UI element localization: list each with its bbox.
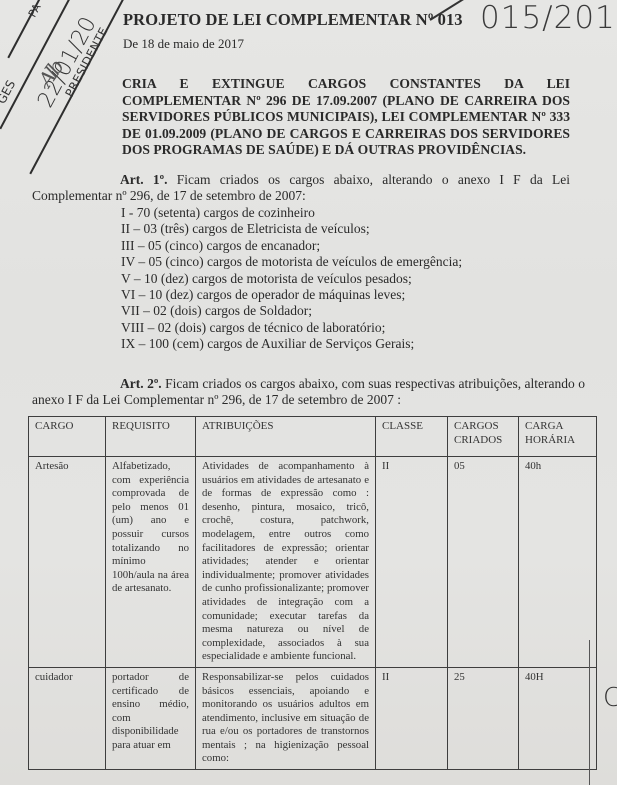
article-2-label: Art. 2º. <box>120 376 162 391</box>
article-1-label: Art. 1º. <box>120 172 167 187</box>
cell-cargo: Artesão <box>29 457 106 668</box>
article-2: Art. 2º. Ficam criados os cargos abaixo,… <box>32 376 585 408</box>
list-item: III – 05 (cinco) cargos de encanador; <box>121 238 462 254</box>
list-item: I - 70 (setenta) cargos de cozinheiro <box>121 205 462 221</box>
header-cargo: CARGO <box>29 417 106 457</box>
header-requisito: REQUISITO <box>106 417 196 457</box>
handwritten-bill-number: 015/2017 <box>480 0 617 36</box>
cell-carga-horaria: 40h <box>519 457 597 668</box>
article-1: Art. 1º. Ficam criados os cargos abaixo,… <box>32 172 570 204</box>
list-item: V – 10 (dez) cargos de motorista de veíc… <box>121 271 462 287</box>
article-1-items: I - 70 (setenta) cargos de cozinheiro II… <box>121 205 462 353</box>
cell-classe: II <box>376 667 448 769</box>
cell-cargos-criados: 05 <box>448 457 519 668</box>
header-classe: CLASSE <box>376 417 448 457</box>
article-2-text: Ficam criados os cargos abaixo, com suas… <box>32 376 585 407</box>
cell-cargo: cuidador <box>29 667 106 769</box>
cell-requisito: Alfabetizado, com experiência comprovada… <box>106 457 196 668</box>
stamp-left-text: GES <box>0 78 18 106</box>
table-row: Artesão Alfabetizado, com experiência co… <box>29 457 597 668</box>
title-prefix: PROJETO DE LEI COMPLEMENTAR Nº <box>123 10 438 29</box>
title-struck-number: 013 <box>438 10 463 30</box>
header-atribuicoes: ATRIBUIÇÕES <box>196 417 376 457</box>
document-date: De 18 de maio de 2017 <box>123 36 244 52</box>
header-carga-horaria: CARGA HORÁRIA <box>519 417 597 457</box>
list-item: VII – 02 (dois) cargos de Soldador; <box>121 303 462 319</box>
document-title: PROJETO DE LEI COMPLEMENTAR Nº 013 <box>123 10 463 30</box>
margin-line <box>589 640 590 785</box>
cell-classe: II <box>376 457 448 668</box>
margin-handwriting: C <box>603 683 617 713</box>
header-cargos-criados: CARGOS CRIADOS <box>448 417 519 457</box>
list-item: VI – 10 (dez) cargos de operador de máqu… <box>121 287 462 303</box>
list-item: II – 03 (três) cargos de Eletricista de … <box>121 221 462 237</box>
list-item: IX – 100 (cem) cargos de Auxiliar de Ser… <box>121 336 462 352</box>
article-1-text: Ficam criados os cargos abaixo, alterand… <box>32 172 570 203</box>
list-item: VIII – 02 (dois) cargos de técnico de la… <box>121 320 462 336</box>
cell-cargos-criados: 25 <box>448 667 519 769</box>
list-item: IV – 05 (cinco) cargos de motorista de v… <box>121 254 462 270</box>
cell-atribuicoes: Responsabilizar-se pelos cuidados básico… <box>196 667 376 769</box>
document-summary: CRIA E EXTINGUE CARGOS CONSTANTES DA LEI… <box>122 76 570 159</box>
cell-atribuicoes: Atividades de acompanhamento à usuários … <box>196 457 376 668</box>
cell-requisito: portador de certificado de ensino médio,… <box>106 667 196 769</box>
table-header-row: CARGO REQUISITO ATRIBUIÇÕES CLASSE CARGO… <box>29 417 597 457</box>
cell-carga-horaria: 40H <box>519 667 597 769</box>
cargos-table: CARGO REQUISITO ATRIBUIÇÕES CLASSE CARGO… <box>28 416 597 770</box>
table-row: cuidador portador de certificado de ensi… <box>29 667 597 769</box>
